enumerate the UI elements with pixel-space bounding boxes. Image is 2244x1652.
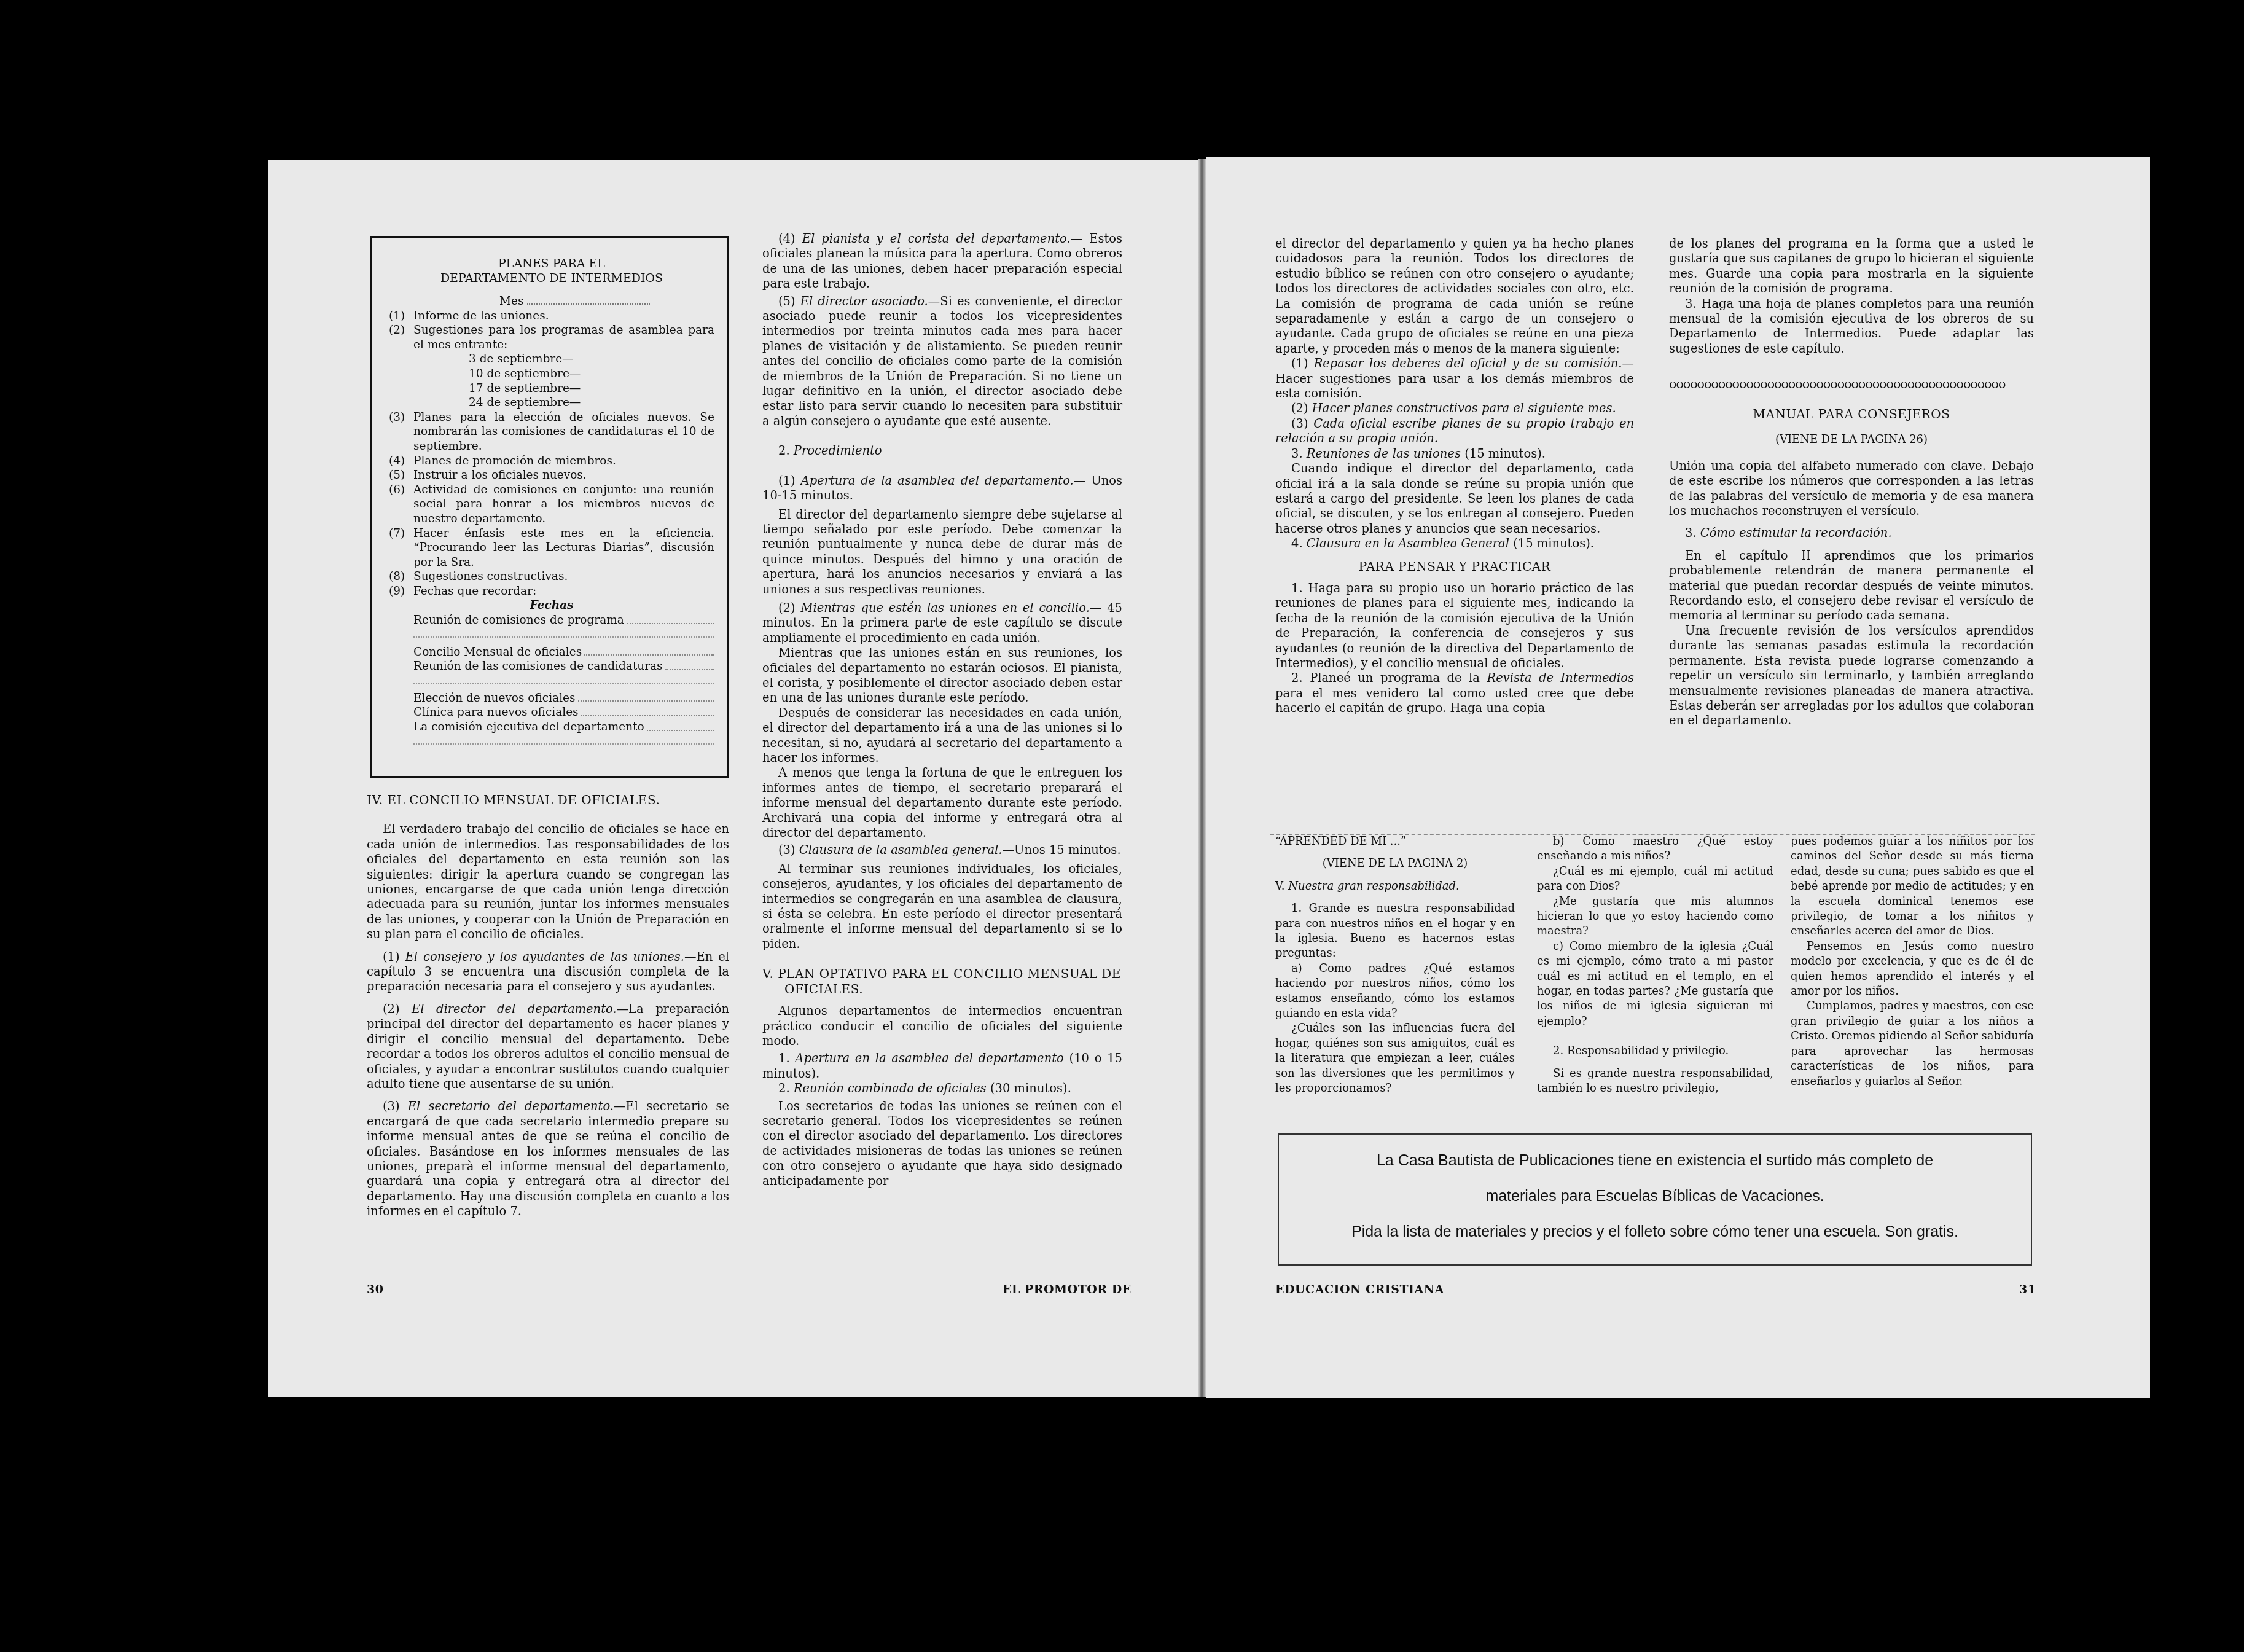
right-col2-manual: MANUAL PARA CONSEJEROS (VIENE DE LA PAGI…: [1669, 407, 2034, 729]
blank-line: [413, 628, 714, 638]
paragraph: (2) Mientras que estén las uniones en el…: [762, 601, 1122, 646]
month-field: Mes: [389, 294, 714, 309]
fechas-heading: Fechas: [389, 598, 714, 613]
paragraph: (3) Cada oficial escribe planes de su pr…: [1275, 417, 1634, 447]
blank-line: [413, 735, 714, 745]
paragraph: 1. Haga para su propio uso un horario pr…: [1275, 581, 1634, 671]
paragraph: (3) Clausura de la asamblea general.—Uno…: [762, 843, 1122, 858]
blank-line: [413, 674, 714, 684]
paragraph: 2. Reunión combinada de oficiales (30 mi…: [762, 1081, 1122, 1096]
ad-line-3: Pida la lista de materiales y precios y …: [1279, 1223, 2031, 1241]
continued-from: (VIENE DE LA PAGINA 2): [1275, 856, 1515, 871]
paragraph: Algunos departamentos de intermedios enc…: [762, 1004, 1122, 1049]
date-4: 24 de septiembre—: [389, 396, 714, 410]
plans-box: PLANES PARA EL DEPARTAMENTO DE INTERMEDI…: [370, 236, 729, 778]
paragraph: Una frecuente revisión de los versículos…: [1669, 624, 2034, 729]
paragraph: El director del departamento siempre deb…: [762, 507, 1122, 597]
box-item-7: (7)Hacer énfasis este mes en la eficienc…: [389, 527, 714, 570]
ad-line-1: La Casa Bautista de Publicaciones tiene …: [1279, 1152, 2031, 1170]
paragraph: Al terminar sus reuniones individuales, …: [762, 862, 1122, 952]
continued-from: (VIENE DE LA PAGINA 26): [1669, 433, 2034, 447]
right-col2: de los planes del programa en la forma q…: [1669, 237, 2034, 356]
date-3: 17 de septiembre—: [389, 382, 714, 396]
fecha-line: Clínica para nuevos oficiales: [389, 705, 714, 720]
paragraph: b) Como maestro ¿Qué estoy enseñando a m…: [1537, 834, 1773, 864]
paragraph: 1. Apertura en la asamblea del departame…: [762, 1051, 1122, 1081]
box-item-1: (1)Informe de las uniones.: [389, 309, 714, 324]
section-heading-v: V. PLAN OPTATIVO PARA EL CONCILIO MENSUA…: [762, 966, 1122, 996]
paragraph: (5) El director asociado.—Si es convenie…: [762, 294, 1122, 429]
paragraph: 1. Grande es nuestra responsabilidad par…: [1275, 901, 1515, 961]
subheading-recordacion: 3. Cómo estimular la recordación.: [1669, 526, 2034, 541]
fecha-line: Elección de nuevos oficiales: [389, 691, 714, 706]
paragraph: 3. Haga una hoja de planes completos par…: [1669, 297, 2034, 357]
fecha-line: Reunión de comisiones de programa: [389, 613, 714, 628]
section-heading-iv: IV. EL CONCILIO MENSUAL DE OFICIALES.: [367, 793, 729, 807]
paragraph: 4. Clausura en la Asamblea General (15 m…: [1275, 536, 1634, 551]
right-col1: el director del departamento y quien ya …: [1275, 237, 1634, 716]
fecha-line: La comisión ejecutiva del departamento: [389, 720, 714, 735]
box-item-4: (4)Planes de promoción de miembros.: [389, 454, 714, 469]
left-col1: IV. EL CONCILIO MENSUAL DE OFICIALES. El…: [367, 793, 729, 1219]
paragraph: Unión una copia del alfabeto numerado co…: [1669, 459, 2034, 519]
paragraph: Después de considerar las necesidades en…: [762, 706, 1122, 766]
article-heading: “APRENDED DE MI ...”: [1275, 834, 1515, 849]
left-col2: (4) El pianista y el corista del departa…: [762, 232, 1122, 1189]
fecha-line: Reunión de las comisiones de candidatura…: [389, 659, 714, 674]
book-gutter: [1198, 159, 1206, 1397]
paragraph: (2) Hacer planes constructivos para el s…: [1275, 401, 1634, 416]
box-item-5: (5)Instruir a los oficiales nuevos.: [389, 468, 714, 483]
paragraph: Cumplamos, padres y maestros, con ese gr…: [1791, 999, 2034, 1089]
page-number-left: 30: [367, 1283, 383, 1296]
box-item-3: (3)Planes para la elección de oficiales …: [389, 410, 714, 454]
paragraph: c) Como miembro de la iglesia ¿Cuál es m…: [1537, 939, 1773, 1029]
box-item-6: (6)Actividad de comisiones en conjunto: …: [389, 483, 714, 527]
paragraph: ¿Cuáles son las influencias fuera del ho…: [1275, 1021, 1515, 1096]
box-title-line2: DEPARTAMENTO DE INTERMEDIOS: [389, 271, 714, 286]
paragraph: El verdadero trabajo del concilio de ofi…: [367, 822, 729, 942]
fecha-line: Concilio Mensual de oficiales: [389, 645, 714, 660]
paragraph: A menos que tenga la fortuna de que le e…: [762, 765, 1122, 840]
paragraph: ¿Me gustaría que mis alumnos hicieran lo…: [1537, 895, 1773, 939]
lower-col1: “APRENDED DE MI ...” (VIENE DE LA PAGINA…: [1275, 834, 1515, 1097]
lower-col2: b) Como maestro ¿Qué estoy enseñando a m…: [1537, 834, 1773, 1097]
ornamental-divider: ʊʊʊʊʊʊʊʊʊʊʊʊʊʊʊʊʊʊʊʊʊʊʊʊʊʊʊʊʊʊʊʊʊʊʊʊʊʊʊʊ…: [1669, 379, 2034, 389]
box-title-line1: PLANES PARA EL: [389, 256, 714, 271]
date-2: 10 de septiembre—: [389, 367, 714, 382]
paragraph: a) Como padres ¿Qué estamos haciendo por…: [1275, 961, 1515, 1022]
box-item-9: (9)Fechas que recordar:: [389, 584, 714, 599]
box-item-8: (8)Sugestiones constructivas.: [389, 570, 714, 584]
date-1: 3 de septiembre—: [389, 352, 714, 367]
paragraph: En el capítulo II aprendimos que los pri…: [1669, 549, 2034, 624]
running-title-right: EDUCACION CRISTIANA: [1275, 1283, 1444, 1296]
paragraph: Cuando indique el director del departame…: [1275, 461, 1634, 536]
subheading: V. Nuestra gran responsabilidad.: [1275, 879, 1515, 894]
advertisement-box: La Casa Bautista de Publicaciones tiene …: [1278, 1133, 2032, 1266]
paragraph: Mientras que las uniones están en sus re…: [762, 646, 1122, 706]
section-heading-pensar: PARA PENSAR Y PRACTICAR: [1275, 559, 1634, 574]
paragraph: (2) El director del departamento.—La pre…: [367, 1002, 729, 1092]
subheading: 2. Responsabilidad y privilegio.: [1537, 1044, 1773, 1059]
section-heading-manual: MANUAL PARA CONSEJEROS: [1669, 407, 2034, 421]
paragraph: (4) El pianista y el corista del departa…: [762, 232, 1122, 292]
paragraph: pues podemos guiar a los niñitos por los…: [1791, 834, 2034, 939]
paragraph: Los secretarios de todas las uniones se …: [762, 1099, 1122, 1189]
running-title-left: EL PROMOTOR DE: [1003, 1283, 1132, 1296]
paragraph: (1) El consejero y los ayudantes de las …: [367, 950, 729, 995]
paragraph: el director del departamento y quien ya …: [1275, 237, 1634, 356]
page-number-right: 31: [2019, 1283, 2036, 1296]
paragraph: 3. Reuniones de las uniones (15 minutos)…: [1275, 447, 1634, 461]
box-item-2: (2)Sugestiones para los programas de asa…: [389, 323, 714, 352]
paragraph: Si es grande nuestra responsabilidad, ta…: [1537, 1067, 1773, 1097]
paragraph: Pensemos en Jesús como nuestro modelo po…: [1791, 939, 2034, 1000]
lower-col3: pues podemos guiar a los niñitos por los…: [1791, 834, 2034, 1089]
paragraph: (3) El secretario del departamento.—El s…: [367, 1099, 729, 1219]
paragraph: 2. Planeé un programa de la Revista de I…: [1275, 671, 1634, 716]
subheading-procedimiento: 2. Procedimiento: [762, 444, 1122, 458]
paragraph: de los planes del programa en la forma q…: [1669, 237, 2034, 297]
ad-line-2: materiales para Escuelas Bíblicas de Vac…: [1279, 1188, 2031, 1205]
paragraph: (1) Apertura de la asamblea del departam…: [762, 474, 1122, 504]
paragraph: ¿Cuál es mi ejemplo, cuál mi actitud par…: [1537, 864, 1773, 895]
paragraph: (1) Repasar los deberes del oficial y de…: [1275, 356, 1634, 401]
